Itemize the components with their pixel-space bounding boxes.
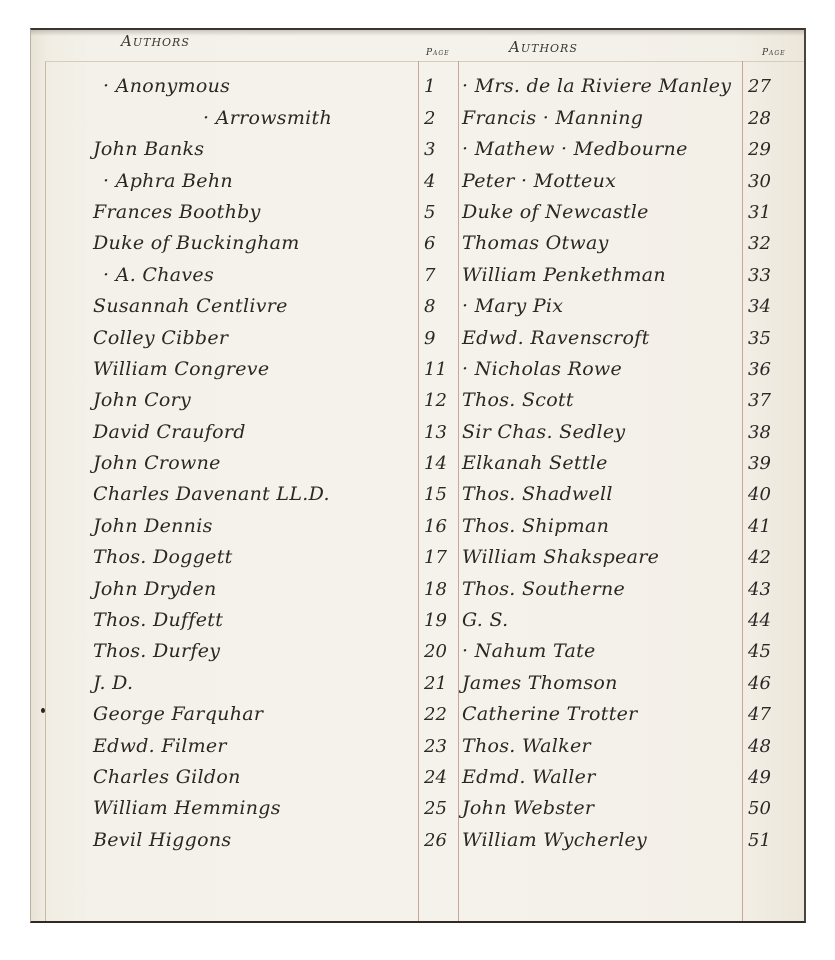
index-row: Thos. Southerne43 (458, 572, 807, 603)
index-row: Edwd. Ravenscroft35 (458, 321, 807, 352)
author-name: Edmd. Waller (462, 766, 596, 788)
page-number: 4 (424, 171, 435, 192)
page-number: 49 (748, 767, 771, 788)
index-row: J. D.21 (31, 666, 458, 697)
author-name: Thos. Shipman (462, 515, 609, 537)
page-number: 26 (424, 830, 447, 851)
index-row: Duke of Newcastle31 (458, 196, 807, 227)
index-row: Bevil Higgons26 (31, 823, 458, 854)
index-row: Edmd. Waller49 (458, 761, 807, 792)
author-name: Catherine Trotter (462, 703, 638, 725)
page-number: 19 (424, 610, 447, 631)
author-name: John Webster (462, 797, 594, 819)
author-name: David Crauford (93, 421, 246, 443)
page-number: 47 (748, 704, 771, 725)
author-name: Bevil Higgons (93, 829, 231, 851)
index-row: John Webster50 (458, 792, 807, 823)
index-row: Thos. Doggett17 (31, 541, 458, 572)
page-number: 23 (424, 736, 447, 757)
index-row: Peter · Motteux30 (458, 164, 807, 195)
author-name: Thos. Walker (462, 735, 591, 757)
index-row: · Mary Pix34 (458, 290, 807, 321)
author-name: William Penkethman (462, 264, 666, 286)
author-name: Thos. Durfey (93, 640, 220, 662)
page-number: 32 (748, 233, 771, 254)
index-row: John Banks3 (31, 133, 458, 164)
page-number: 43 (748, 579, 771, 600)
author-name: · Nicholas Rowe (462, 358, 622, 380)
index-row: Elkanah Settle39 (458, 447, 807, 478)
author-name: John Dennis (93, 515, 213, 537)
index-row: · Nahum Tate45 (458, 635, 807, 666)
page-number: 8 (424, 296, 435, 317)
index-row: James Thomson46 (458, 666, 807, 697)
page-number: 11 (424, 359, 447, 380)
page-number: 12 (424, 390, 447, 411)
right-author-column: · Mrs. de la Riviere Manley27 Francis · … (458, 70, 807, 855)
author-name: Edwd. Ravenscroft (462, 327, 650, 349)
author-name: Elkanah Settle (462, 452, 608, 474)
author-name: · Mathew · Medbourne (462, 138, 688, 160)
page-number: 51 (748, 830, 771, 851)
index-row: · A. Chaves7 (31, 258, 458, 289)
index-row: John Crowne14 (31, 447, 458, 478)
page-number: 28 (748, 108, 771, 129)
index-row: George Farquhar22 (31, 698, 458, 729)
author-name: William Shakspeare (462, 546, 659, 568)
index-row: William Congreve11 (31, 353, 458, 384)
index-row: · Aphra Behn4 (31, 164, 458, 195)
index-row: Sir Chas. Sedley38 (458, 415, 807, 446)
author-name: Frances Boothby (93, 201, 261, 223)
author-name: Duke of Newcastle (462, 201, 649, 223)
author-name: · Nahum Tate (462, 640, 596, 662)
index-row: Frances Boothby5 (31, 196, 458, 227)
author-name: Peter · Motteux (462, 170, 616, 192)
page-number: 42 (748, 547, 771, 568)
index-row: William Wycherley51 (458, 823, 807, 854)
page-number: 20 (424, 641, 447, 662)
index-row: Thos. Duffett19 (31, 604, 458, 635)
page-number: 48 (748, 736, 771, 757)
index-row: · Anonymous1 (31, 70, 458, 101)
index-row: John Dryden18 (31, 572, 458, 603)
author-name: Francis · Manning (462, 107, 643, 129)
right-page-heading: Page (762, 48, 786, 58)
index-row: Thos. Shadwell40 (458, 478, 807, 509)
author-name: Susannah Centlivre (93, 295, 288, 317)
page-number: 3 (424, 139, 435, 160)
author-name: Colley Cibber (93, 327, 228, 349)
index-row: · Mrs. de la Riviere Manley27 (458, 70, 807, 101)
index-row: Duke of Buckingham6 (31, 227, 458, 258)
page-number: 46 (748, 673, 771, 694)
author-name: Sir Chas. Sedley (462, 421, 625, 443)
page-number: 36 (748, 359, 771, 380)
author-name: Thos. Scott (462, 389, 574, 411)
author-name: J. D. (93, 672, 133, 694)
author-name: · A. Chaves (93, 264, 214, 286)
author-name: John Crowne (93, 452, 221, 474)
author-name: John Banks (93, 138, 204, 160)
page-number: 45 (748, 641, 771, 662)
author-name: William Hemmings (93, 797, 281, 819)
author-name: Thos. Southerne (462, 578, 625, 600)
page-number: 24 (424, 767, 447, 788)
author-name: · Aphra Behn (93, 170, 233, 192)
page-number: 22 (424, 704, 447, 725)
ink-blot-mark (41, 708, 45, 713)
index-row: John Dennis16 (31, 509, 458, 540)
index-row: William Penkethman33 (458, 258, 807, 289)
page-number: 1 (424, 76, 435, 97)
index-row: Susannah Centlivre8 (31, 290, 458, 321)
index-row: · Arrowsmith2 (31, 101, 458, 132)
author-name: Thos. Shadwell (462, 483, 613, 505)
author-name: G. S. (462, 609, 508, 631)
page-number: 13 (424, 422, 447, 443)
page-number: 5 (424, 202, 435, 223)
page-number: 30 (748, 171, 771, 192)
author-name: · Mary Pix (462, 295, 563, 317)
author-name: John Dryden (93, 578, 217, 600)
index-row: William Hemmings25 (31, 792, 458, 823)
author-name: James Thomson (462, 672, 618, 694)
author-name: Thos. Duffett (93, 609, 223, 631)
page-number: 29 (748, 139, 771, 160)
index-row: Charles Gildon24 (31, 761, 458, 792)
header-row: Authors Page Authors Page (31, 30, 804, 62)
page-number: 27 (748, 76, 771, 97)
author-name: Edwd. Filmer (93, 735, 227, 757)
author-name: William Wycherley (462, 829, 647, 851)
author-name: Charles Gildon (93, 766, 241, 788)
left-author-column: · Anonymous1 · Arrowsmith2 John Banks3 ·… (31, 70, 458, 855)
page-number: 6 (424, 233, 435, 254)
page-number: 33 (748, 265, 771, 286)
index-row: Thos. Shipman41 (458, 509, 807, 540)
index-row: Charles Davenant LL.D.15 (31, 478, 458, 509)
index-row: David Crauford13 (31, 415, 458, 446)
index-row: Thos. Durfey20 (31, 635, 458, 666)
page-number: 38 (748, 422, 771, 443)
author-name: John Cory (93, 389, 191, 411)
page-number: 39 (748, 453, 771, 474)
index-row: · Mathew · Medbourne29 (458, 133, 807, 164)
page-number: 34 (748, 296, 771, 317)
author-name: George Farquhar (93, 703, 263, 725)
page-number: 37 (748, 390, 771, 411)
page-number: 7 (424, 265, 435, 286)
page-number: 25 (424, 798, 447, 819)
author-name: · Mrs. de la Riviere Manley (462, 75, 731, 97)
author-name: · Arrowsmith (93, 107, 332, 129)
author-name: Duke of Buckingham (93, 232, 300, 254)
author-name: Thos. Doggett (93, 546, 233, 568)
page-number: 40 (748, 484, 771, 505)
author-name: · Anonymous (93, 75, 230, 97)
index-row: Thos. Scott37 (458, 384, 807, 415)
page-number: 15 (424, 484, 447, 505)
index-row: Edwd. Filmer23 (31, 729, 458, 760)
page-number: 17 (424, 547, 447, 568)
left-authors-heading: Authors (121, 32, 190, 50)
page-number: 44 (748, 610, 771, 631)
page-number: 2 (424, 108, 435, 129)
index-row: John Cory12 (31, 384, 458, 415)
page-number: 35 (748, 328, 771, 349)
index-row: Thomas Otway32 (458, 227, 807, 258)
ledger-page: Authors Page Authors Page · Anonymous1 ·… (30, 28, 806, 923)
index-row: Thos. Walker48 (458, 729, 807, 760)
author-name: Charles Davenant LL.D. (93, 483, 330, 505)
index-row: Catherine Trotter47 (458, 698, 807, 729)
index-row: G. S.44 (458, 604, 807, 635)
page-number: 41 (748, 516, 771, 537)
index-row: William Shakspeare42 (458, 541, 807, 572)
author-name: Thomas Otway (462, 232, 609, 254)
page-number: 31 (748, 202, 771, 223)
page-number: 9 (424, 328, 435, 349)
index-row: · Nicholas Rowe36 (458, 353, 807, 384)
page-number: 18 (424, 579, 447, 600)
page-number: 50 (748, 798, 771, 819)
page-number: 21 (424, 673, 447, 694)
author-name: William Congreve (93, 358, 269, 380)
index-row: Francis · Manning28 (458, 101, 807, 132)
index-row: Colley Cibber9 (31, 321, 458, 352)
page-number: 14 (424, 453, 447, 474)
left-page-heading: Page (426, 48, 450, 58)
page-number: 16 (424, 516, 447, 537)
right-authors-heading: Authors (509, 38, 578, 56)
